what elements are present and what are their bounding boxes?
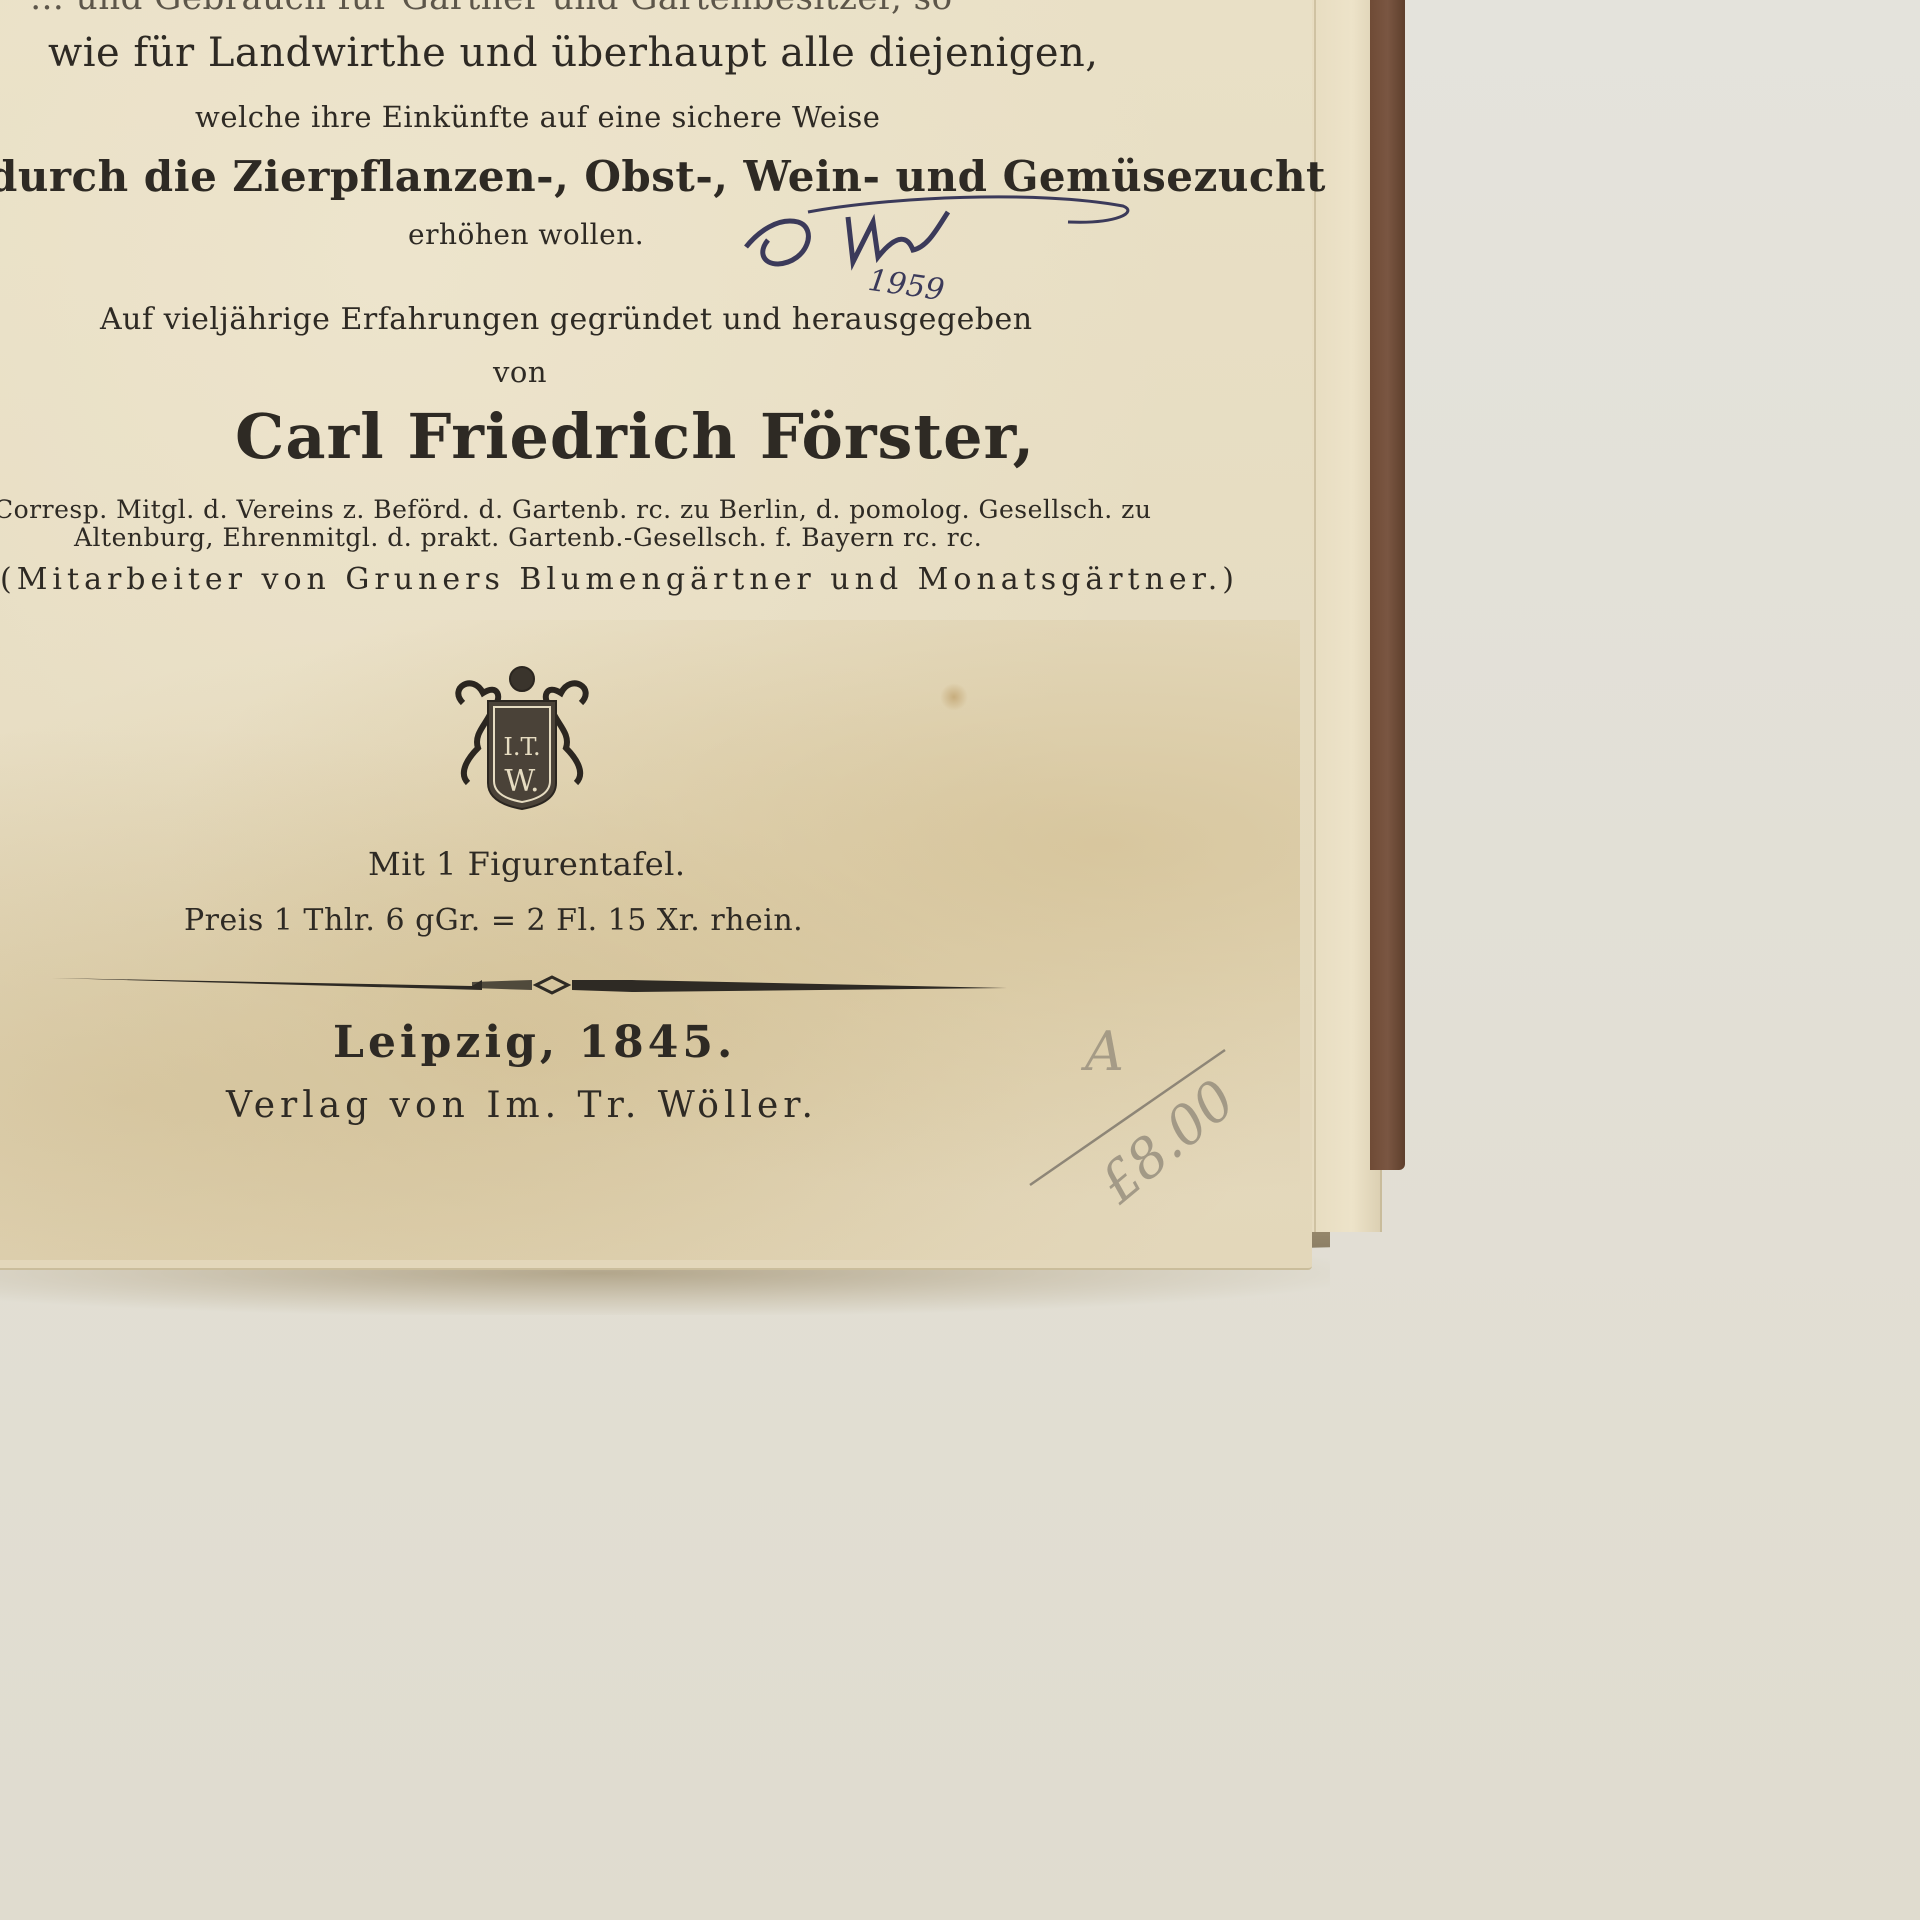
- price-line: Preis 1 Thlr. 6 gGr. = 2 Fl. 15 Xr. rhei…: [184, 903, 803, 938]
- photo-scene: … und Gebrauch für Gärtner und Gartenbes…: [0, 0, 1920, 1920]
- pencil-letter: A: [1085, 1020, 1124, 1083]
- title-line-4: erhöhen wollen.: [408, 218, 644, 251]
- foxing-spot: [940, 683, 968, 711]
- illustration-note: Mit 1 Figurentafel.: [368, 845, 686, 883]
- title-line-1: wie für Landwirthe und überhaupt alle di…: [48, 30, 1099, 76]
- svg-text:W.: W.: [504, 764, 539, 799]
- svg-text:I.T.: I.T.: [503, 733, 540, 761]
- publisher-line: Verlag von Im. Tr. Wöller.: [226, 1085, 818, 1126]
- cut-off-top-line: … und Gebrauch für Gärtner und Gartenbes…: [30, 0, 953, 18]
- ornamental-rule: [52, 968, 1007, 998]
- collaborator-line: (Mitarbeiter von Gruners Blumengärtner u…: [0, 562, 1239, 597]
- credentials-line-1: Corresp. Mitgl. d. Vereins z. Beförd. d.…: [0, 495, 1151, 524]
- title-line-2: welche ihre Einkünfte auf eine sichere W…: [195, 100, 880, 134]
- by-line: von: [493, 355, 547, 389]
- coat-of-arms-icon: I.T. W.: [443, 663, 601, 813]
- book-cover-edge: [1370, 0, 1405, 1170]
- credentials-line-2: Altenburg, Ehrenmitgl. d. prakt. Gartenb…: [74, 523, 982, 552]
- title-page: … und Gebrauch für Gärtner und Gartenbes…: [0, 0, 1312, 1270]
- place-year: Leipzig, 1845.: [333, 1017, 736, 1068]
- author-name: Carl Friedrich Förster,: [235, 400, 1035, 473]
